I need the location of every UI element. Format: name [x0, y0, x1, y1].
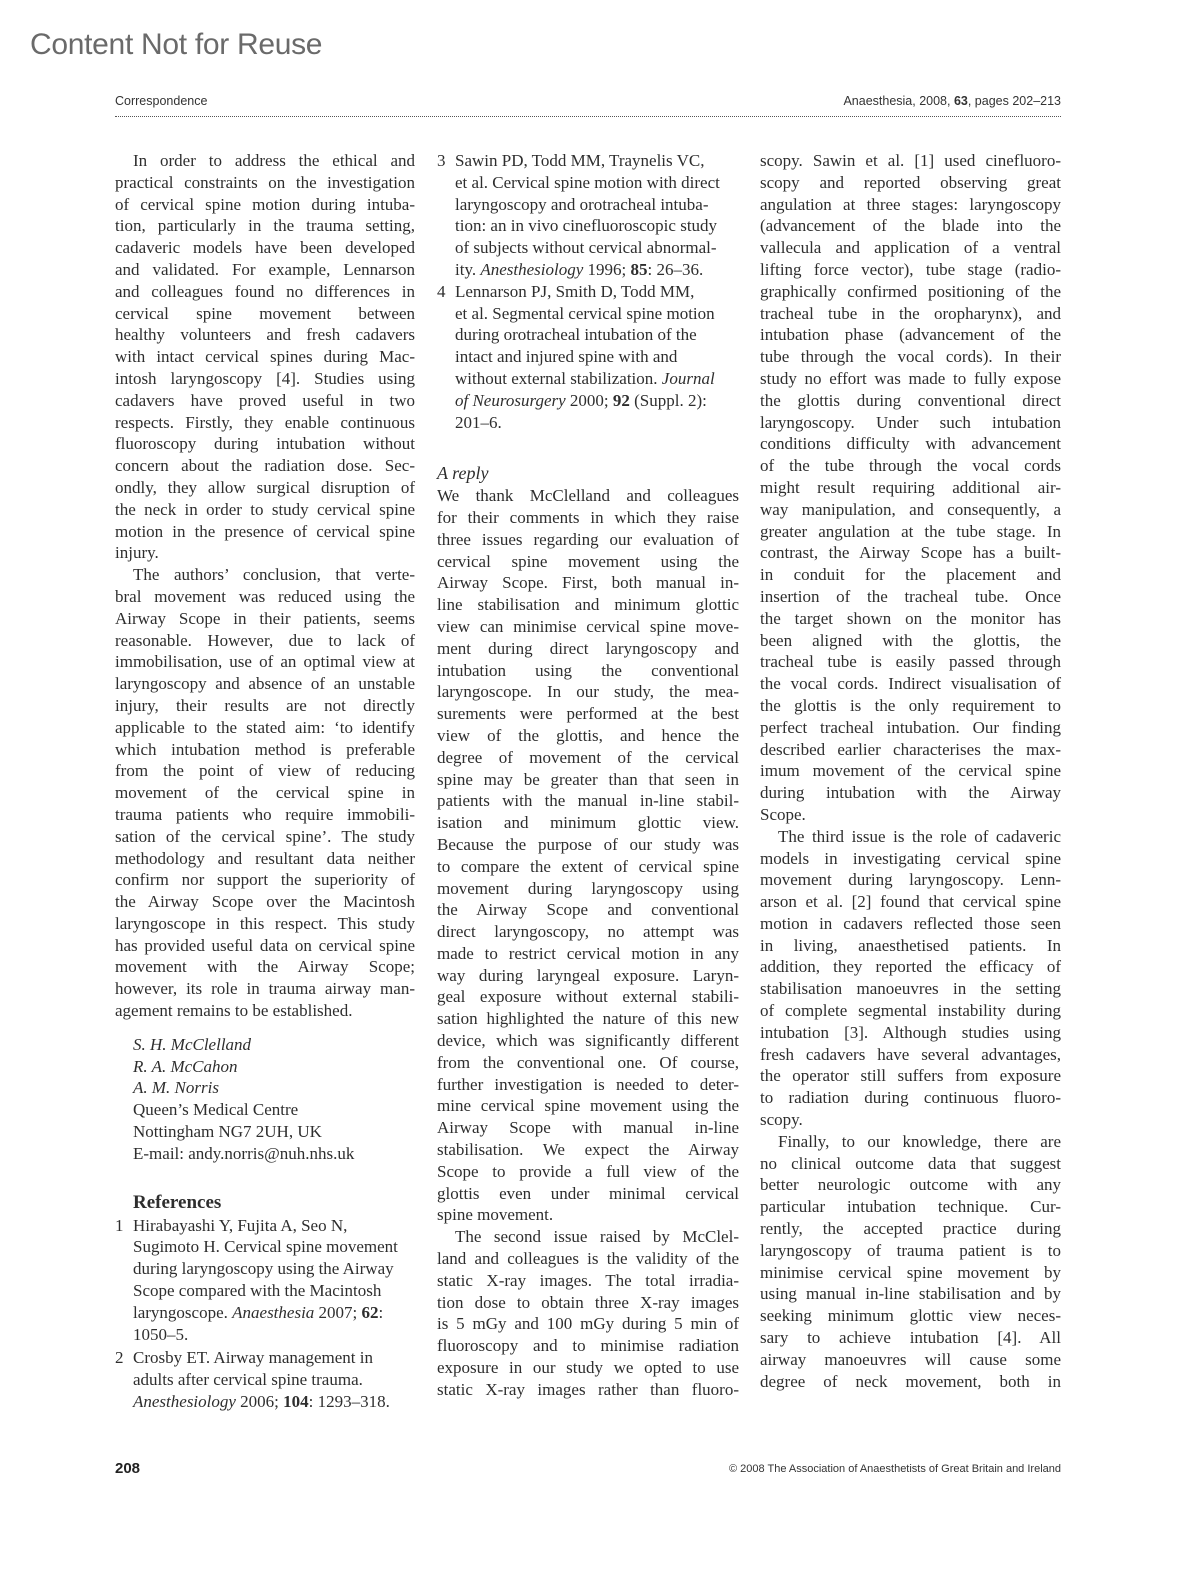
journal-citation: Anaesthesia, 2008, 63, pages 202–213 — [843, 94, 1061, 108]
text-line: laryngoscopy and absence of an unstable — [115, 673, 415, 695]
journal-volume: 63 — [954, 94, 968, 108]
text-line: tracheal tube in the oropharynx), and — [760, 303, 1061, 325]
text-line: addition, they reported the efficacy of — [760, 956, 1061, 978]
text-line: vallecula and application of a ventral — [760, 237, 1061, 259]
reply-paragraph-4: Finally, to our knowledge, there areno c… — [760, 1131, 1061, 1393]
reference-journal: of Neurosurgery — [455, 391, 566, 410]
text-line: tube through the vocal cords). In their — [760, 346, 1061, 368]
text-line: fluoroscopy during intubation without — [115, 433, 415, 455]
reference-text: Sawin PD, Todd MM, Traynelis VC, — [455, 150, 739, 172]
text-line: confirm nor support the superiority of — [115, 869, 415, 891]
text-line: laryngoscopy of trauma patient is to — [760, 1240, 1061, 1262]
reference-year: 1996; — [583, 260, 630, 279]
reference-pages: 201–6. — [455, 412, 739, 434]
text-line: spine may be greater than that seen in — [437, 769, 739, 791]
text-line: applicable to the stated aim: ‘to identi… — [115, 717, 415, 739]
text-line: spine movement. — [437, 1204, 739, 1226]
text-line: way during laryngeal exposure. Laryn- — [437, 965, 739, 987]
reference-2: 2 Crosby ET. Airway management in adults… — [115, 1347, 415, 1412]
text-line: exposure in our study we opted to use — [437, 1357, 739, 1379]
reference-text: et al. Segmental cervical spine motion — [455, 303, 739, 325]
copyright-notice: © 2008 The Association of Anaesthetists … — [729, 1463, 1061, 1475]
text-line: for their comments in which they raise — [437, 507, 739, 529]
text-line: The third issue is the role of cadaveric — [760, 826, 1061, 848]
text-line: movement during laryngoscopy using — [437, 878, 739, 900]
reference-text: of Neurosurgery 2000; 92 (Suppl. 2): — [455, 390, 739, 412]
journal-pages: , pages 202–213 — [968, 94, 1061, 108]
reference-text: Sugimoto H. Cervical spine movement — [133, 1236, 415, 1258]
institution: Queen’s Medical Centre — [133, 1099, 415, 1121]
text-line: injury. — [115, 542, 415, 564]
text-line: cadaveric models have been developed — [115, 237, 415, 259]
text-line: static X-ray images. The total irradia- — [437, 1270, 739, 1292]
text-line: sary to achieve intubation [4]. All — [760, 1327, 1061, 1349]
reference-supplement: (Suppl. 2): — [630, 391, 707, 410]
text-line: scopy. Sawin et al. [1] used cinefluoro- — [760, 150, 1061, 172]
text-line: seeking minimum glottic view neces- — [760, 1305, 1061, 1327]
reply-paragraph-1: We thank McClelland and colleaguesfor th… — [437, 485, 739, 1226]
reference-text: intact and injured spine with and — [455, 346, 739, 368]
text-line: stabilisation. We expect the Airway — [437, 1139, 739, 1161]
text-line: isation and minimum glottic view. — [437, 812, 739, 834]
text-line: from the point of view of reducing — [115, 760, 415, 782]
text-line: however, its role in trauma airway man- — [115, 978, 415, 1000]
text-line: Scope to provide a full view of the — [437, 1161, 739, 1183]
reference-text: et al. Cervical spine motion with direct — [455, 172, 739, 194]
reference-number: 2 — [115, 1347, 124, 1369]
address: Nottingham NG7 2UH, UK — [133, 1121, 415, 1143]
reference-pages: : 26–36. — [648, 260, 704, 279]
reference-text: during laryngoscopy using the Airway — [133, 1258, 415, 1280]
text-line: surements were performed at the best — [437, 703, 739, 725]
text-line: (advancement of the blade into the — [760, 215, 1061, 237]
reference-journal: Anesthesiology — [133, 1392, 236, 1411]
reference-text: without external stabilization. — [455, 369, 662, 388]
reference-number: 1 — [115, 1215, 124, 1237]
reference-pages: : — [379, 1303, 384, 1322]
text-line: motion in the presence of cervical spine — [115, 521, 415, 543]
text-line: the vocal cords. Indirect visualisation … — [760, 673, 1061, 695]
text-line: motion in cadavers reflected those seen — [760, 913, 1061, 935]
text-line: the Airway Scope over the Macintosh — [115, 891, 415, 913]
text-line: made to restrict cervical motion in any — [437, 943, 739, 965]
text-line: models in investigating cervical spine — [760, 848, 1061, 870]
letter-paragraph-2: The authors’ conclusion, that verte-bral… — [115, 564, 415, 1022]
reference-text: during orotracheal intubation of the — [455, 324, 739, 346]
reply-heading: A reply — [437, 463, 739, 485]
text-line: movement of the cervical spine in — [115, 782, 415, 804]
reference-text: laryngoscope. — [133, 1303, 232, 1322]
text-line: in living, anaesthetised patients. In — [760, 935, 1061, 957]
text-line: tion, particularly in the trauma setting… — [115, 215, 415, 237]
reference-text: ity. Anesthesiology 1996; 85: 26–36. — [455, 259, 739, 281]
reference-journal: Anesthesiology — [480, 260, 583, 279]
reference-text: laryngoscope. Anaesthesia 2007; 62: — [133, 1302, 415, 1324]
reference-volume: 62 — [362, 1303, 379, 1322]
text-line: and validated. For example, Lennarson — [115, 259, 415, 281]
text-line: bral movement was reduced using the — [115, 586, 415, 608]
text-line: with intact cervical spines during Mac- — [115, 346, 415, 368]
reference-pages: : 1293–318. — [309, 1392, 390, 1411]
text-line: degree of neck movement, both in — [760, 1371, 1061, 1393]
author-name: A. M. Norris — [133, 1077, 415, 1099]
text-line: arson et al. [2] found that cervical spi… — [760, 891, 1061, 913]
text-line: sation of the cervical spine’. The study — [115, 826, 415, 848]
reference-text: laryngoscopy and orotracheal intuba- — [455, 194, 739, 216]
text-line: device, which was significantly differen… — [437, 1030, 739, 1052]
text-line: concern about the radiation dose. Sec- — [115, 455, 415, 477]
text-line: during intubation with the Airway — [760, 782, 1061, 804]
text-line: particular intubation technique. Cur- — [760, 1196, 1061, 1218]
text-line: stabilisation manoeuvres in the setting — [760, 978, 1061, 1000]
text-line: patients with the manual in-line stabil- — [437, 790, 739, 812]
text-line: immobilisation, use of an optimal view a… — [115, 651, 415, 673]
text-line: practical constraints on the investigati… — [115, 172, 415, 194]
reference-3: 3 Sawin PD, Todd MM, Traynelis VC, et al… — [437, 150, 739, 281]
text-line: trauma patients who require immobili- — [115, 804, 415, 826]
text-line: imum movement of the cervical spine — [760, 760, 1061, 782]
text-line: contrast, the Airway Scope has a built- — [760, 542, 1061, 564]
text-line: tracheal tube is easily passed through — [760, 651, 1061, 673]
text-line: ment during direct laryngoscopy and — [437, 638, 739, 660]
reply-paragraph-2: The second issue raised by McClel-land a… — [437, 1226, 739, 1400]
text-line: insertion of the tracheal tube. Once — [760, 586, 1061, 608]
text-line: intubation using the conventional — [437, 660, 739, 682]
section-label: Correspondence — [115, 94, 207, 108]
text-line: of complete segmental instability during — [760, 1000, 1061, 1022]
text-line: the Airway Scope and conventional — [437, 899, 739, 921]
text-line: intubation [3]. Although studies using — [760, 1022, 1061, 1044]
reference-number: 4 — [437, 281, 446, 303]
text-line: In order to address the ethical and — [115, 150, 415, 172]
reference-journal: Anaesthesia — [232, 1303, 314, 1322]
text-line: glottis even under minimal cervical — [437, 1183, 739, 1205]
text-line: sation highlighted the nature of this ne… — [437, 1008, 739, 1030]
reference-text: Anesthesiology 2006; 104: 1293–318. — [133, 1391, 415, 1413]
page-number: 208 — [115, 1460, 140, 1477]
text-line: airway manoeuvres will cause some — [760, 1349, 1061, 1371]
text-line: Airway Scope. First, both manual in- — [437, 572, 739, 594]
text-line: static X-ray images rather than fluoro- — [437, 1379, 739, 1401]
reference-volume: 92 — [613, 391, 630, 410]
text-line: respects. Firstly, they enable continuou… — [115, 412, 415, 434]
text-line: three issues regarding our evaluation of — [437, 529, 739, 551]
text-line: way manipulation, and consequently, a — [760, 499, 1061, 521]
text-line: of the tube through the vocal cords — [760, 455, 1061, 477]
text-line: the target shown on the monitor has — [760, 608, 1061, 630]
text-line: better neurologic outcome with any — [760, 1174, 1061, 1196]
text-line: from the conventional one. Of course, — [437, 1052, 739, 1074]
text-line: the glottis is the only requirement to — [760, 695, 1061, 717]
text-line: Airway Scope with manual in-line — [437, 1117, 739, 1139]
text-line: methodology and resultant data neither — [115, 848, 415, 870]
text-line: graphically confirmed positioning of the — [760, 281, 1061, 303]
text-line: laryngoscope in this respect. This study — [115, 913, 415, 935]
text-line: The second issue raised by McClel- — [437, 1226, 739, 1248]
reference-text: ity. — [455, 260, 480, 279]
text-line: conditions difficulty with advancement — [760, 433, 1061, 455]
text-line: has provided useful data on cervical spi… — [115, 935, 415, 957]
reference-year: 2006; — [236, 1392, 283, 1411]
text-line: study no effort was made to fully expose — [760, 368, 1061, 390]
text-line: view of the glottis, and hence the — [437, 725, 739, 747]
text-line: and colleagues found no differences in — [115, 281, 415, 303]
text-line: to compare the extent of cervical spine — [437, 856, 739, 878]
text-line: tion dose to obtain three X-ray images — [437, 1292, 739, 1314]
reference-text: tion: an in vivo cinefluoroscopic study — [455, 215, 739, 237]
reference-pages: 1050–5. — [133, 1324, 415, 1346]
text-line: in conduit for the placement and — [760, 564, 1061, 586]
column-1: In order to address the ethical andpract… — [115, 150, 415, 1413]
text-line: the neck in order to study cervical spin… — [115, 499, 415, 521]
reference-year: 2000; — [566, 391, 613, 410]
text-line: scopy and reported observing great — [760, 172, 1061, 194]
text-line: which intubation method is preferable — [115, 739, 415, 761]
text-line: minimise cervical spine movement by — [760, 1262, 1061, 1284]
author-name: R. A. McCahon — [133, 1056, 415, 1078]
text-line: lifting force vector), tube stage (radio… — [760, 259, 1061, 281]
text-line: further investigation is needed to deter… — [437, 1074, 739, 1096]
text-line: cervical spine movement between — [115, 303, 415, 325]
text-line: healthy volunteers and fresh cadavers — [115, 324, 415, 346]
text-line: movement during laryngoscopy. Lenn- — [760, 869, 1061, 891]
reference-volume: 104 — [283, 1392, 309, 1411]
text-line: Airway Scope in their patients, seems — [115, 608, 415, 630]
reference-text: Hirabayashi Y, Fujita A, Seo N, — [133, 1215, 415, 1237]
reference-4: 4 Lennarson PJ, Smith D, Todd MM, et al.… — [437, 281, 739, 434]
reply-paragraph-2-continued: scopy. Sawin et al. [1] used cinefluoro-… — [760, 150, 1061, 826]
signature-block: S. H. McClelland R. A. McCahon A. M. Nor… — [115, 1034, 415, 1165]
text-line: greater angulation at the tube stage. In — [760, 521, 1061, 543]
reference-text: adults after cervical spine trauma. — [133, 1369, 415, 1391]
text-line: mine cervical spine movement using the — [437, 1095, 739, 1117]
text-line: land and colleagues is the validity of t… — [437, 1248, 739, 1270]
text-line: reasonable. However, due to lack of — [115, 630, 415, 652]
column-3: scopy. Sawin et al. [1] used cinefluoro-… — [760, 150, 1061, 1392]
text-line: The authors’ conclusion, that verte- — [115, 564, 415, 586]
reference-year: 2007; — [314, 1303, 361, 1322]
text-line: Because the purpose of our study was — [437, 834, 739, 856]
text-line: geal exposure without external stabili- — [437, 986, 739, 1008]
text-line: rently, the accepted practice during — [760, 1218, 1061, 1240]
reference-1: 1 Hirabayashi Y, Fujita A, Seo N, Sugimo… — [115, 1215, 415, 1346]
text-line: cadavers have proved useful in two — [115, 390, 415, 412]
text-line: Scope. — [760, 804, 1061, 826]
text-line: laryngoscopy. Under such intubation — [760, 412, 1061, 434]
references-heading: References — [115, 1191, 415, 1215]
text-line: perfect tracheal intubation. Our finding — [760, 717, 1061, 739]
column-2: 3 Sawin PD, Todd MM, Traynelis VC, et al… — [437, 150, 739, 1401]
text-line: injury, their results are not directly — [115, 695, 415, 717]
text-line: view can minimise cervical spine move- — [437, 616, 739, 638]
text-line: movement with the Airway Scope; — [115, 956, 415, 978]
text-line: intosh laryngoscopy [4]. Studies using — [115, 368, 415, 390]
text-line: agement remains to be established. — [115, 1000, 415, 1022]
text-line: been aligned with the glottis, the — [760, 630, 1061, 652]
text-line: the operator still suffers from exposure — [760, 1065, 1061, 1087]
text-line: fresh cadavers have several advantages, — [760, 1044, 1061, 1066]
reference-number: 3 — [437, 150, 446, 172]
letter-paragraph-1: In order to address the ethical andpract… — [115, 150, 415, 564]
email-link[interactable]: E-mail: andy.norris@nuh.nhs.uk — [133, 1143, 415, 1165]
reference-text: without external stabilization. Journal — [455, 368, 739, 390]
text-line: might result requiring additional air- — [760, 477, 1061, 499]
text-line: the glottis during conventional direct — [760, 390, 1061, 412]
text-line: of cervical spine motion during intuba- — [115, 194, 415, 216]
reply-paragraph-3: The third issue is the role of cadaveric… — [760, 826, 1061, 1131]
text-line: angulation at three stages: laryngoscopy — [760, 194, 1061, 216]
header-divider — [115, 116, 1061, 117]
reference-text: Lennarson PJ, Smith D, Todd MM, — [455, 281, 739, 303]
text-line: no clinical outcome data that suggest — [760, 1153, 1061, 1175]
reference-text: Scope compared with the Macintosh — [133, 1280, 415, 1302]
watermark: Content Not for Reuse — [30, 28, 322, 62]
reference-text: of subjects without cervical abnormal- — [455, 237, 739, 259]
reference-text: Crosby ET. Airway management in — [133, 1347, 415, 1369]
text-line: to radiation during continuous fluoro- — [760, 1087, 1061, 1109]
text-line: direct laryngoscopy, no attempt was — [437, 921, 739, 943]
text-line: ondly, they allow surgical disruption of — [115, 477, 415, 499]
text-line: is 5 mGy and 100 mGy during 5 min of — [437, 1313, 739, 1335]
text-line: line stabilisation and minimum glottic — [437, 594, 739, 616]
text-line: We thank McClelland and colleagues — [437, 485, 739, 507]
text-line: intubation phase (advancement of the — [760, 324, 1061, 346]
reference-journal: Journal — [662, 369, 715, 388]
text-line: using manual in-line stabilisation and b… — [760, 1283, 1061, 1305]
text-line: degree of movement of the cervical — [437, 747, 739, 769]
reference-volume: 85 — [631, 260, 648, 279]
journal-name-year: Anaesthesia, 2008, — [843, 94, 954, 108]
text-line: described earlier characterises the max- — [760, 739, 1061, 761]
author-name: S. H. McClelland — [133, 1034, 415, 1056]
text-line: Finally, to our knowledge, there are — [760, 1131, 1061, 1153]
text-line: fluoroscopy and to minimise radiation — [437, 1335, 739, 1357]
text-line: scopy. — [760, 1109, 1061, 1131]
text-line: laryngoscope. In our study, the mea- — [437, 681, 739, 703]
text-line: cervical spine movement using the — [437, 551, 739, 573]
